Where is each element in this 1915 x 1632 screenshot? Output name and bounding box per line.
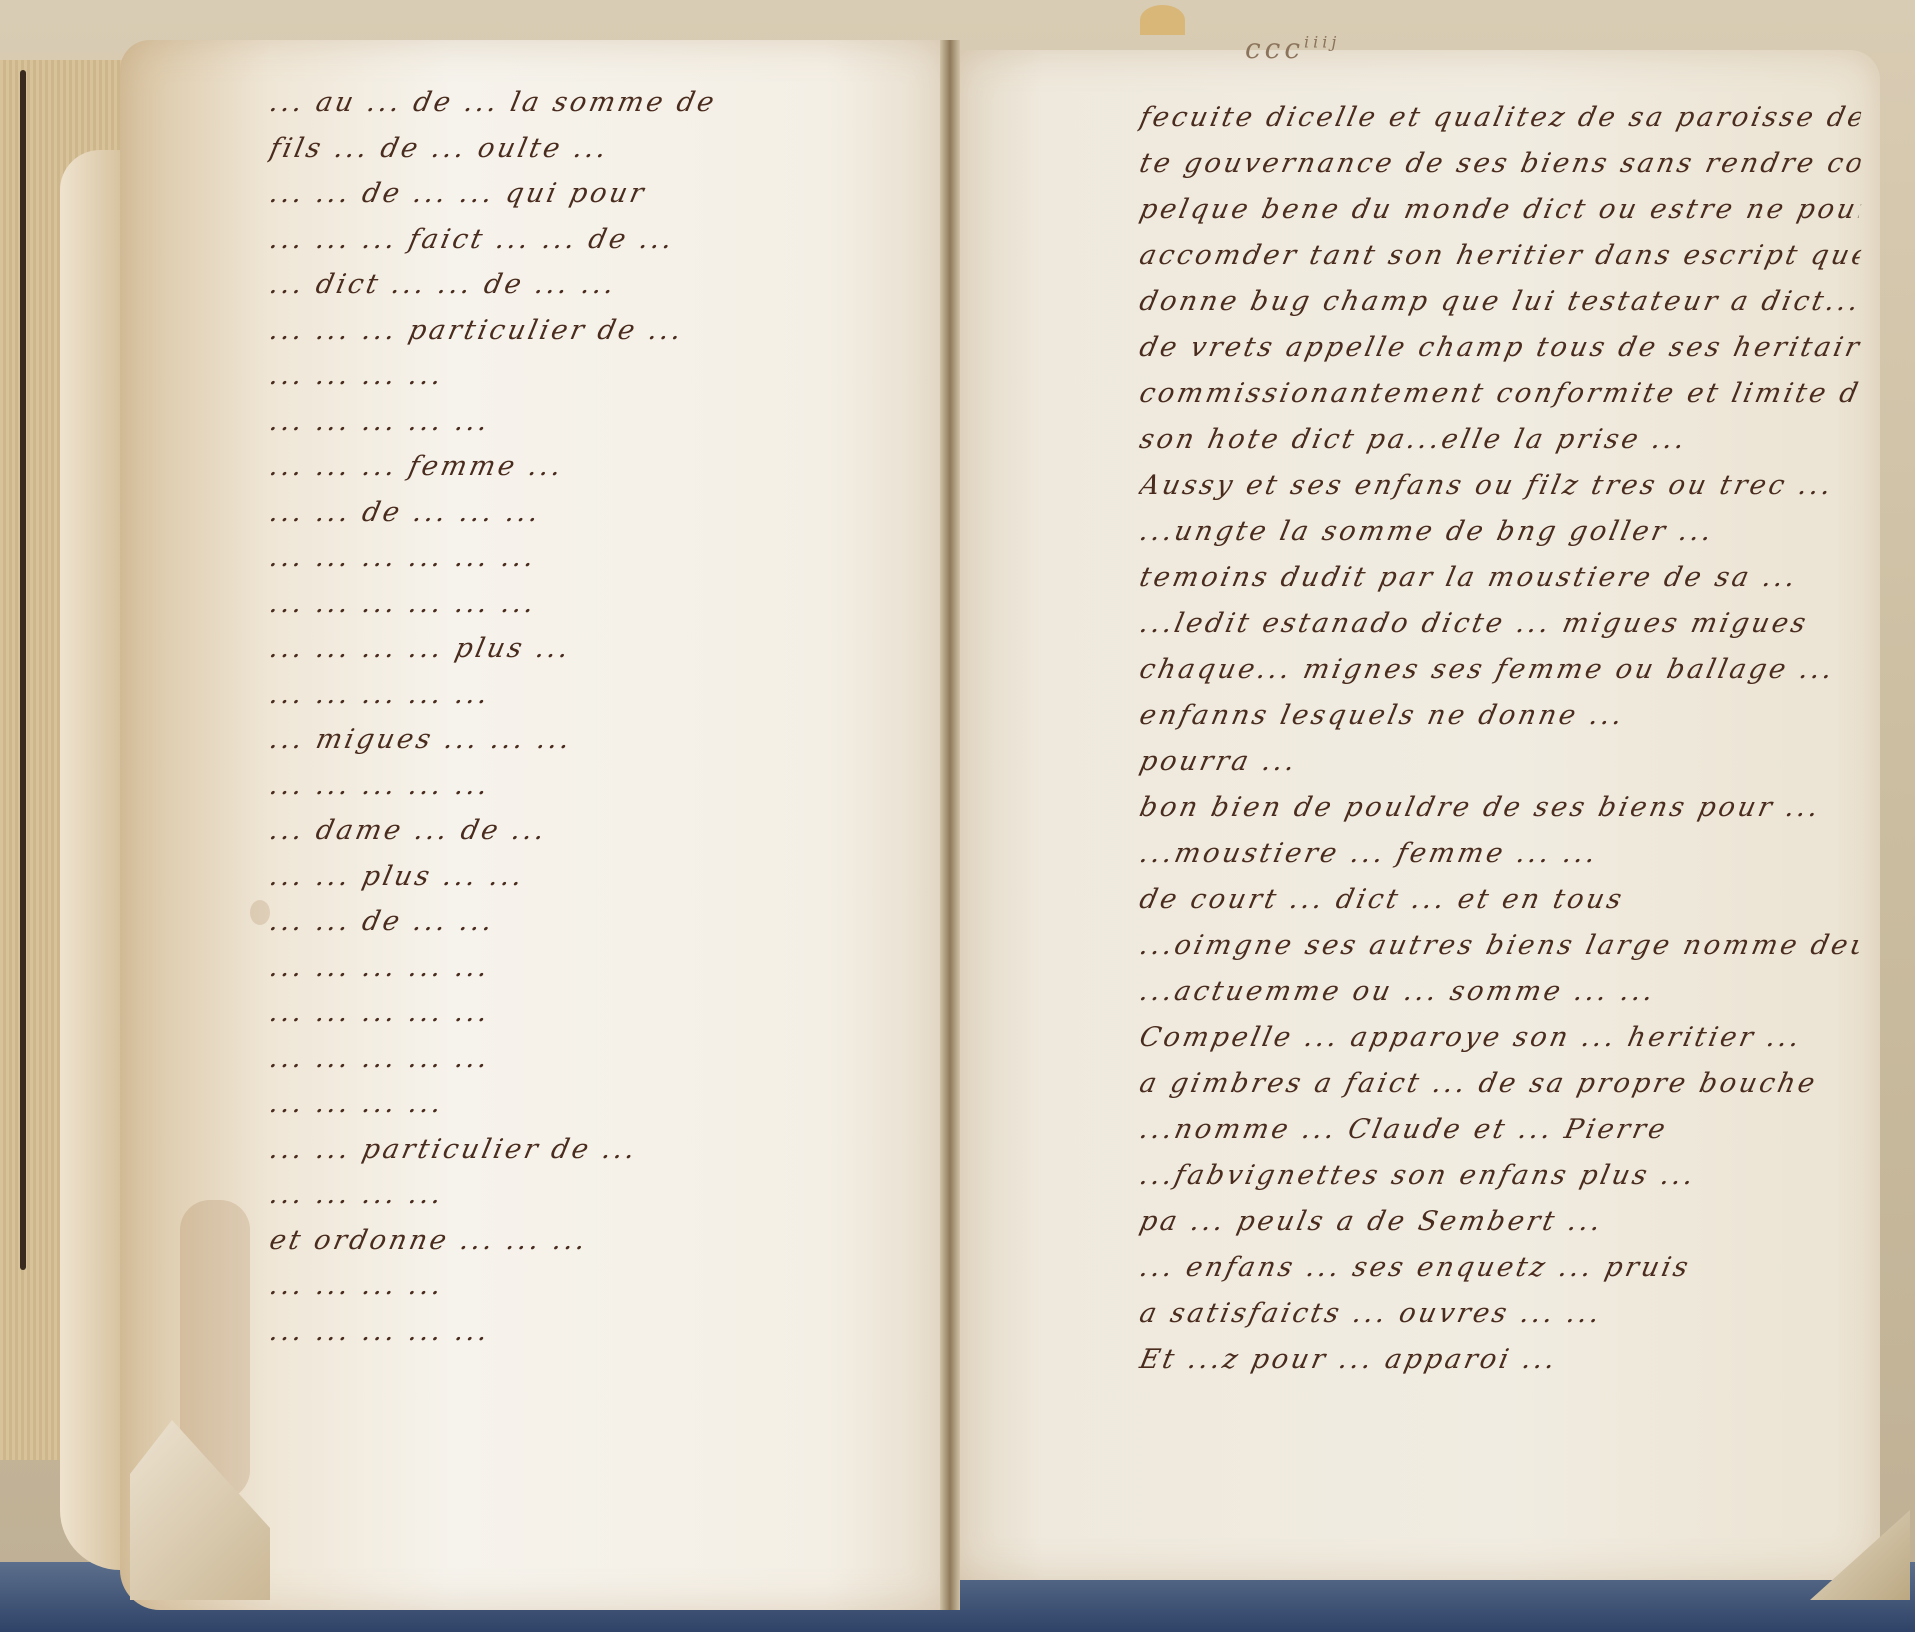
text-line: bon bien de pouldre de ses biens pour ..… [1135, 785, 1865, 831]
text-line: ... ... ... ... [265, 1172, 955, 1218]
text-line: ... ... ... ... ... [265, 399, 955, 445]
text-line: ... ... ... ... [265, 1263, 955, 1309]
text-line: Compelle ... apparoye son ... heritier .… [1135, 1015, 1865, 1061]
text-line: ... ... ... ... plus ... [265, 626, 955, 672]
text-line: ... ... de ... ... qui pour [265, 171, 955, 217]
text-line: ... ... ... ... ... [265, 1036, 955, 1082]
text-line: de vrets appelle champ tous de ses herit… [1135, 325, 1865, 371]
text-line: et ordonne ... ... ... [265, 1218, 955, 1264]
text-line: ... migues ... ... ... [265, 717, 955, 763]
right-page-text: fecuite dicelle et qualitez de sa parois… [1140, 95, 1860, 1383]
text-line: fecuite dicelle et qualitez de sa parois… [1135, 95, 1865, 141]
text-line: ... ... ... ... ... [265, 990, 955, 1036]
text-line: ... ... ... faict ... ... de ... [265, 217, 955, 263]
text-line: pelque bene du monde dict ou estre ne po… [1135, 187, 1865, 233]
left-page-text: ... au ... de ... la somme de fils ... d… [270, 80, 950, 1354]
text-line: accomder tant son heritier dans escript … [1135, 233, 1865, 279]
text-line: ... ... ... particulier de ... [265, 308, 955, 354]
text-line: pourra ... [1135, 739, 1865, 785]
text-line: ... ... ... ... [265, 353, 955, 399]
text-line: ...ledit estanado dicte ... migues migue… [1135, 601, 1865, 647]
text-line: Et ...z pour ... apparoi ... [1135, 1337, 1865, 1383]
text-line: ... ... de ... ... ... [265, 490, 955, 536]
text-line: chaque... mignes ses femme ou ballage ..… [1135, 647, 1865, 693]
text-line: a gimbres a faict ... de sa propre bouch… [1135, 1061, 1865, 1107]
text-line: ... ... particulier de ... [265, 1127, 955, 1173]
text-line: ... ... ... ... ... [265, 672, 955, 718]
backdrop-edge [20, 70, 26, 1270]
text-line: fils ... de ... oulte ... [265, 126, 955, 172]
folio-numeral: ccc [1245, 32, 1304, 65]
text-line: ... ... ... ... ... [265, 763, 955, 809]
text-line: ... ... ... ... ... [265, 945, 955, 991]
text-line: Aussy et ses enfans ou filz tres ou trec… [1135, 463, 1865, 509]
text-line: ... ... ... ... ... ... [265, 535, 955, 581]
folio-number: ccciiij [1245, 32, 1340, 65]
folio-suffix: iiij [1304, 33, 1340, 52]
text-line: ... enfans ... ses enquetz ... pruis [1135, 1245, 1865, 1291]
text-line: de court ... dict ... et en tous [1135, 877, 1865, 923]
ink-stain [250, 900, 270, 925]
text-line: ... ... plus ... ... [265, 854, 955, 900]
text-line: donne bug champ que lui testateur a dict… [1135, 279, 1865, 325]
text-line: ...fabvignettes son enfans plus ... [1135, 1153, 1865, 1199]
text-line: ...moustiere ... femme ... ... [1135, 831, 1865, 877]
text-line: ... ... de ... ... [265, 899, 955, 945]
text-line: ... dame ... de ... [265, 808, 955, 854]
text-line: ...oimgne ses autres biens large nomme d… [1135, 923, 1865, 969]
text-line: son hote dict pa...elle la prise ... [1135, 417, 1865, 463]
text-line: ... ... ... femme ... [265, 444, 955, 490]
text-line: ... dict ... ... de ... ... [265, 262, 955, 308]
text-line: ...actuemme ou ... somme ... ... [1135, 969, 1865, 1015]
text-line: a satisfaicts ... ouvres ... ... [1135, 1291, 1865, 1337]
text-line: ... ... ... ... ... ... [265, 581, 955, 627]
text-line: pa ... peuls a de Sembert ... [1135, 1199, 1865, 1245]
text-line: commissionantement conformite et limite … [1135, 371, 1865, 417]
text-line: ... ... ... ... ... [265, 1309, 955, 1355]
text-line: te gouvernance de ses biens sans rendre … [1135, 141, 1865, 187]
text-line: ... au ... de ... la somme de [265, 80, 955, 126]
text-line: ...nomme ... Claude et ... Pierre [1135, 1107, 1865, 1153]
page-tab [1140, 5, 1185, 35]
text-line: temoins dudit par la moustiere de sa ... [1135, 555, 1865, 601]
text-line: ...ungte la somme de bng goller ... [1135, 509, 1865, 555]
text-line: enfanns lesquels ne donne ... [1135, 693, 1865, 739]
text-line: ... ... ... ... [265, 1081, 955, 1127]
